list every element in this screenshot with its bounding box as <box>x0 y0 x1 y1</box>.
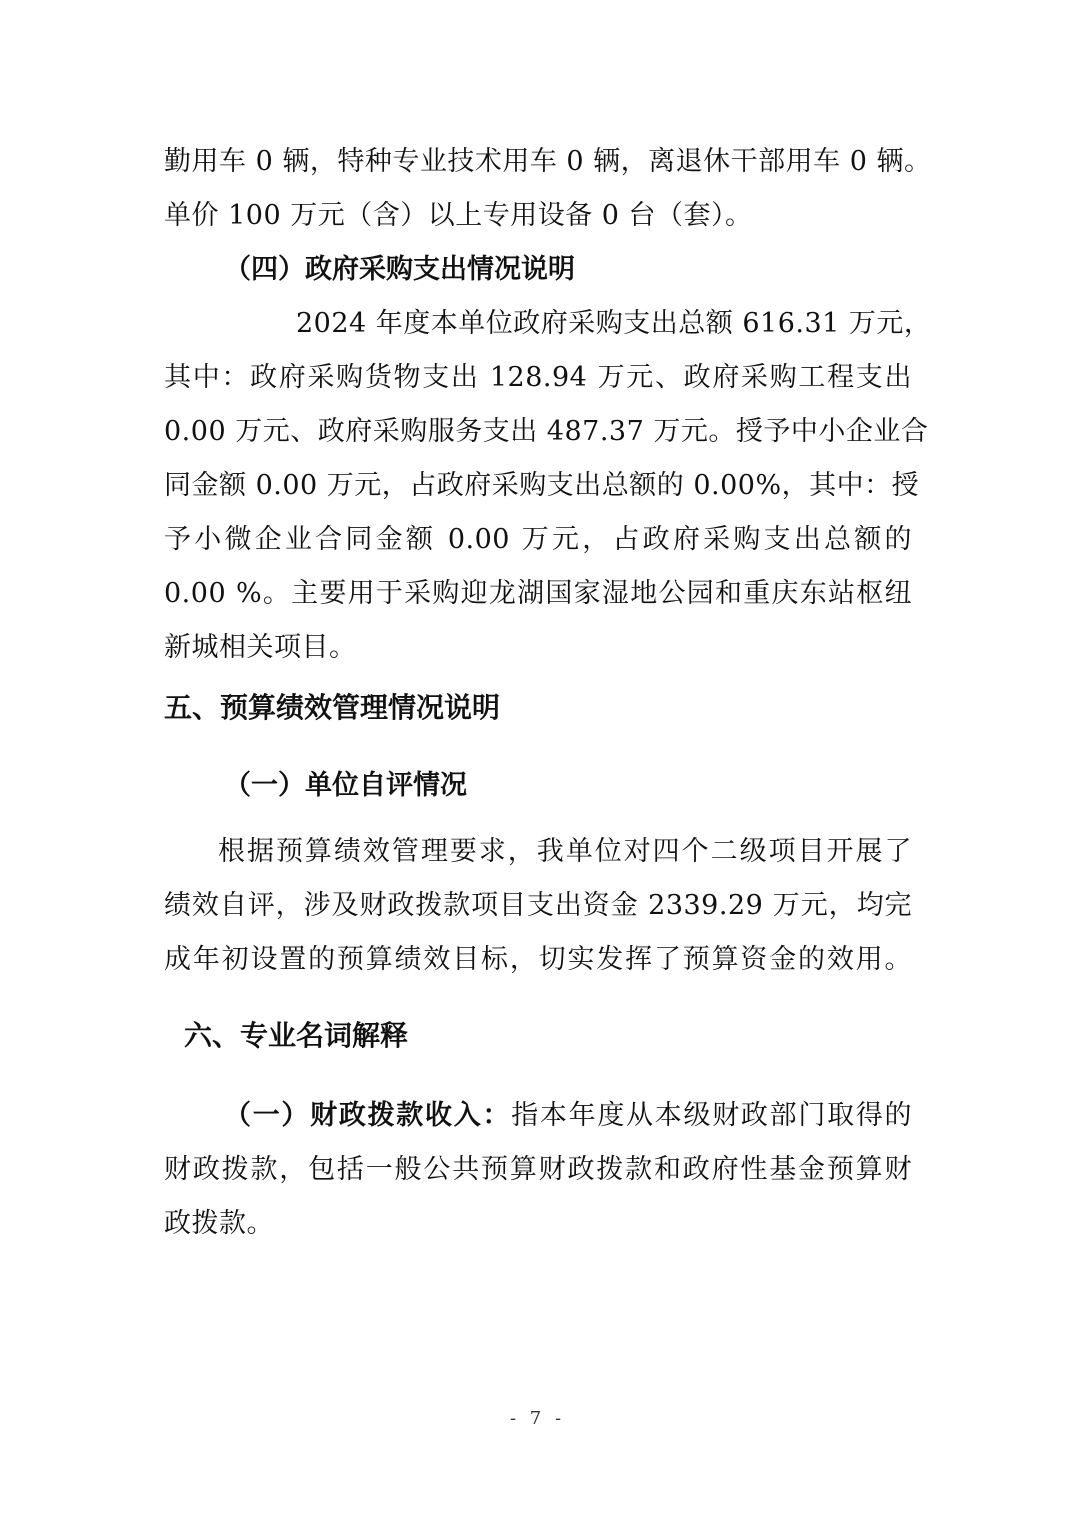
section-heading: 六、专业名词解释 <box>184 1016 408 1056</box>
body-line: 予小微企业合同金额 0.00 万元，占政府采购支出总额的 <box>164 520 912 560</box>
body-line: 政拨款。 <box>164 1204 912 1244</box>
body-line: 0.00 万元、政府采购服务支出 487.37 万元。授予中小企业合 <box>164 412 912 452</box>
body-line: 单价 100 万元（含）以上专用设备 0 台（套）。 <box>164 196 912 236</box>
document-page: 勤用车 0 辆，特种专业技术用车 0 辆，离退休干部用车 0 辆。 单价 100… <box>0 0 1075 1520</box>
body-line: 绩效自评，涉及财政拨款项目支出资金 2339.29 万元，均完 <box>164 886 912 926</box>
body-line: 财政拨款，包括一般公共预算财政拨款和政府性基金预算财 <box>164 1150 912 1190</box>
subsection-heading: （一）单位自评情况 <box>224 766 467 806</box>
body-line: 其中：政府采购货物支出 128.94 万元、政府采购工程支出 <box>164 358 912 398</box>
term-text: 指本年度从本级财政部门取得的 <box>511 1100 912 1131</box>
body-line: 勤用车 0 辆，特种专业技术用车 0 辆，离退休干部用车 0 辆。 <box>164 142 912 182</box>
body-line: 同金额 0.00 万元，占政府采购支出总额的 0.00%，其中：授 <box>164 466 912 506</box>
section-heading: 五、预算绩效管理情况说明 <box>164 688 500 728</box>
body-line: 根据预算绩效管理要求，我单位对四个二级项目开展了 <box>218 832 912 872</box>
body-line: 0.00 %。主要用于采购迎龙湖国家湿地公园和重庆东站枢纽 <box>164 574 912 614</box>
subsection-heading: （四）政府采购支出情况说明 <box>224 250 575 290</box>
page-number: - 7 - <box>0 1408 1075 1429</box>
body-line: 成年初设置的预算绩效目标，切实发挥了预算资金的效用。 <box>164 940 912 980</box>
term-definition-line: （一）财政拨款收入：指本年度从本级财政部门取得的 <box>224 1096 912 1136</box>
body-line: 2024 年度本单位政府采购支出总额 616.31 万元， <box>296 304 912 344</box>
body-line: 新城相关项目。 <box>164 628 912 668</box>
term-label: （一）财政拨款收入： <box>224 1100 511 1131</box>
